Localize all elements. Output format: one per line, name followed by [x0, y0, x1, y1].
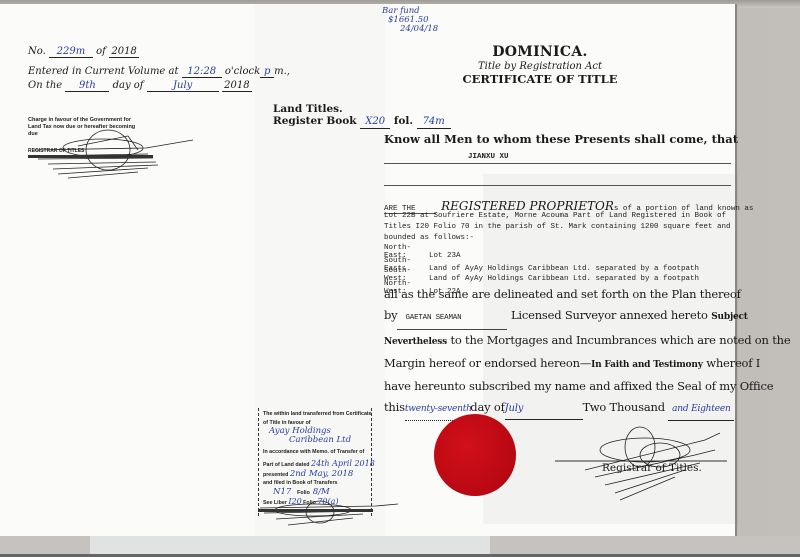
- red-wax-seal: [434, 414, 516, 496]
- folio-value: 74m: [417, 116, 451, 129]
- register-book-value: X20: [360, 116, 390, 129]
- folio-label: fol.: [394, 115, 413, 127]
- boundary-row: South-West:Land of AyAy Holdings Caribbe…: [384, 267, 699, 280]
- registration-year: 2018: [109, 46, 139, 58]
- proprietor-name: JIANXU XU: [468, 153, 509, 161]
- transfer-signature-scribble: [258, 500, 408, 530]
- name-line-2: [384, 185, 731, 186]
- entered-time: 12:28: [182, 66, 222, 78]
- entered-ampm: p: [260, 66, 274, 78]
- entered-day: 9th: [65, 80, 109, 92]
- certificate-header: DOMINICA. Title by Registration Act CERT…: [440, 44, 640, 86]
- page-edge: [735, 4, 737, 536]
- entered-year: 2018: [222, 80, 252, 92]
- entered-month: July: [147, 80, 219, 92]
- boundary-row: South-East:Land of AyAy Holdings Caribbe…: [384, 257, 699, 267]
- act-subtitle: Title by Registration Act: [440, 61, 640, 72]
- surveyor-name: GAETAN SEAMAN: [397, 308, 507, 330]
- certificate-title: CERTIFICATE OF TITLE: [440, 72, 640, 86]
- land-description: Lot 22B at Soufriere Estate, Morne Acoum…: [384, 211, 731, 244]
- transfer-presented: 2nd May, 2018: [290, 469, 354, 479]
- register-book-label: Register Book: [273, 115, 357, 127]
- body-paragraph: all as the same are delineated and set f…: [384, 284, 736, 421]
- cancellation-scribble: [28, 128, 198, 183]
- registrar-title: Registrar of Titles.: [602, 462, 702, 474]
- entered-line: Entered in Current Volume at 12:28 o'clo…: [28, 66, 290, 78]
- transfer-dated: 24th April 2018: [311, 459, 375, 468]
- name-line-1: [384, 163, 731, 164]
- register-block: Land Titles. Register Book X20 fol. 74m: [273, 103, 451, 129]
- country-title: DOMINICA.: [440, 44, 640, 60]
- entered-date-line: On the 9th day of July 2018: [28, 80, 252, 92]
- sign-year: and Eighteen: [668, 399, 734, 421]
- registration-number: 229m: [49, 46, 93, 58]
- sign-month: July: [505, 398, 583, 420]
- registration-number-line: No. 229m of 2018: [28, 46, 139, 58]
- boundary-row: North-East:Lot 23A: [384, 244, 699, 257]
- fee-annotation: Bar fund $1661.50 24/04/18: [382, 7, 438, 34]
- intro-text: Know all Men to whom these Presents shal…: [384, 132, 738, 146]
- annotation-date: 24/04/18: [382, 25, 438, 34]
- land-titles-label: Land Titles.: [273, 103, 451, 115]
